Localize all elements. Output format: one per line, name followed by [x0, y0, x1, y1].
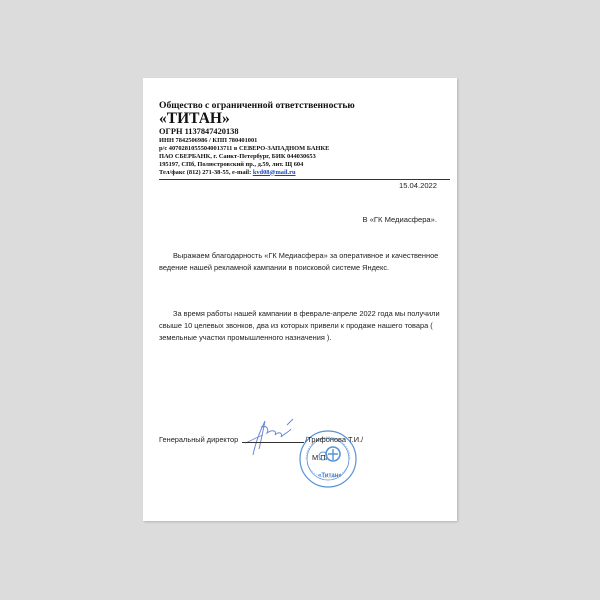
signatory-title: Генеральный директор [159, 435, 238, 444]
signature-line [242, 442, 304, 443]
letterhead-divider [159, 179, 450, 180]
inn-kpp: ИНН 7842506986 / КПП 780401001 [159, 137, 449, 145]
bank-account: р/с 40702810555040013711 в СЕВЕРО-ЗАПАДН… [159, 145, 449, 153]
address: 195197, СПб, Полюстровский пр., д.59, ли… [159, 161, 449, 169]
addressee: В «ГК Медиасфера». [363, 215, 437, 224]
email-link[interactable]: kvd08@mail.ru [253, 169, 296, 176]
stamp-text: «Титан» [318, 473, 342, 479]
seal-label: М.П. [312, 453, 328, 462]
letter-page: Общество с ограниченной ответственностью… [143, 78, 457, 521]
signatory-name: /Трифонова Т.И./ [305, 435, 363, 444]
letterhead: Общество с ограниченной ответственностью… [159, 100, 449, 177]
bank-name: ПАО СБЕРБАНК, г. Санкт-Петербург, БИК 04… [159, 153, 449, 161]
paragraph-2: За время работы нашей кампании в феврале… [159, 308, 443, 344]
letter-date: 15.04.2022 [399, 181, 437, 190]
paragraph-1: Выражаем благодарность «ГК Медиасфера» з… [159, 250, 443, 274]
contacts: Тел/факс (812) 271-38-55, e-mail: kvd08@… [159, 169, 449, 177]
signature-row: Генеральный директор/Трифонова Т.И./ [159, 435, 363, 444]
org-name: «ТИТАН» [159, 111, 449, 127]
ogrn: ОГРН 1137847420138 [159, 127, 449, 137]
phone: Тел/факс (812) 271-38-55, e-mail: [159, 169, 253, 176]
